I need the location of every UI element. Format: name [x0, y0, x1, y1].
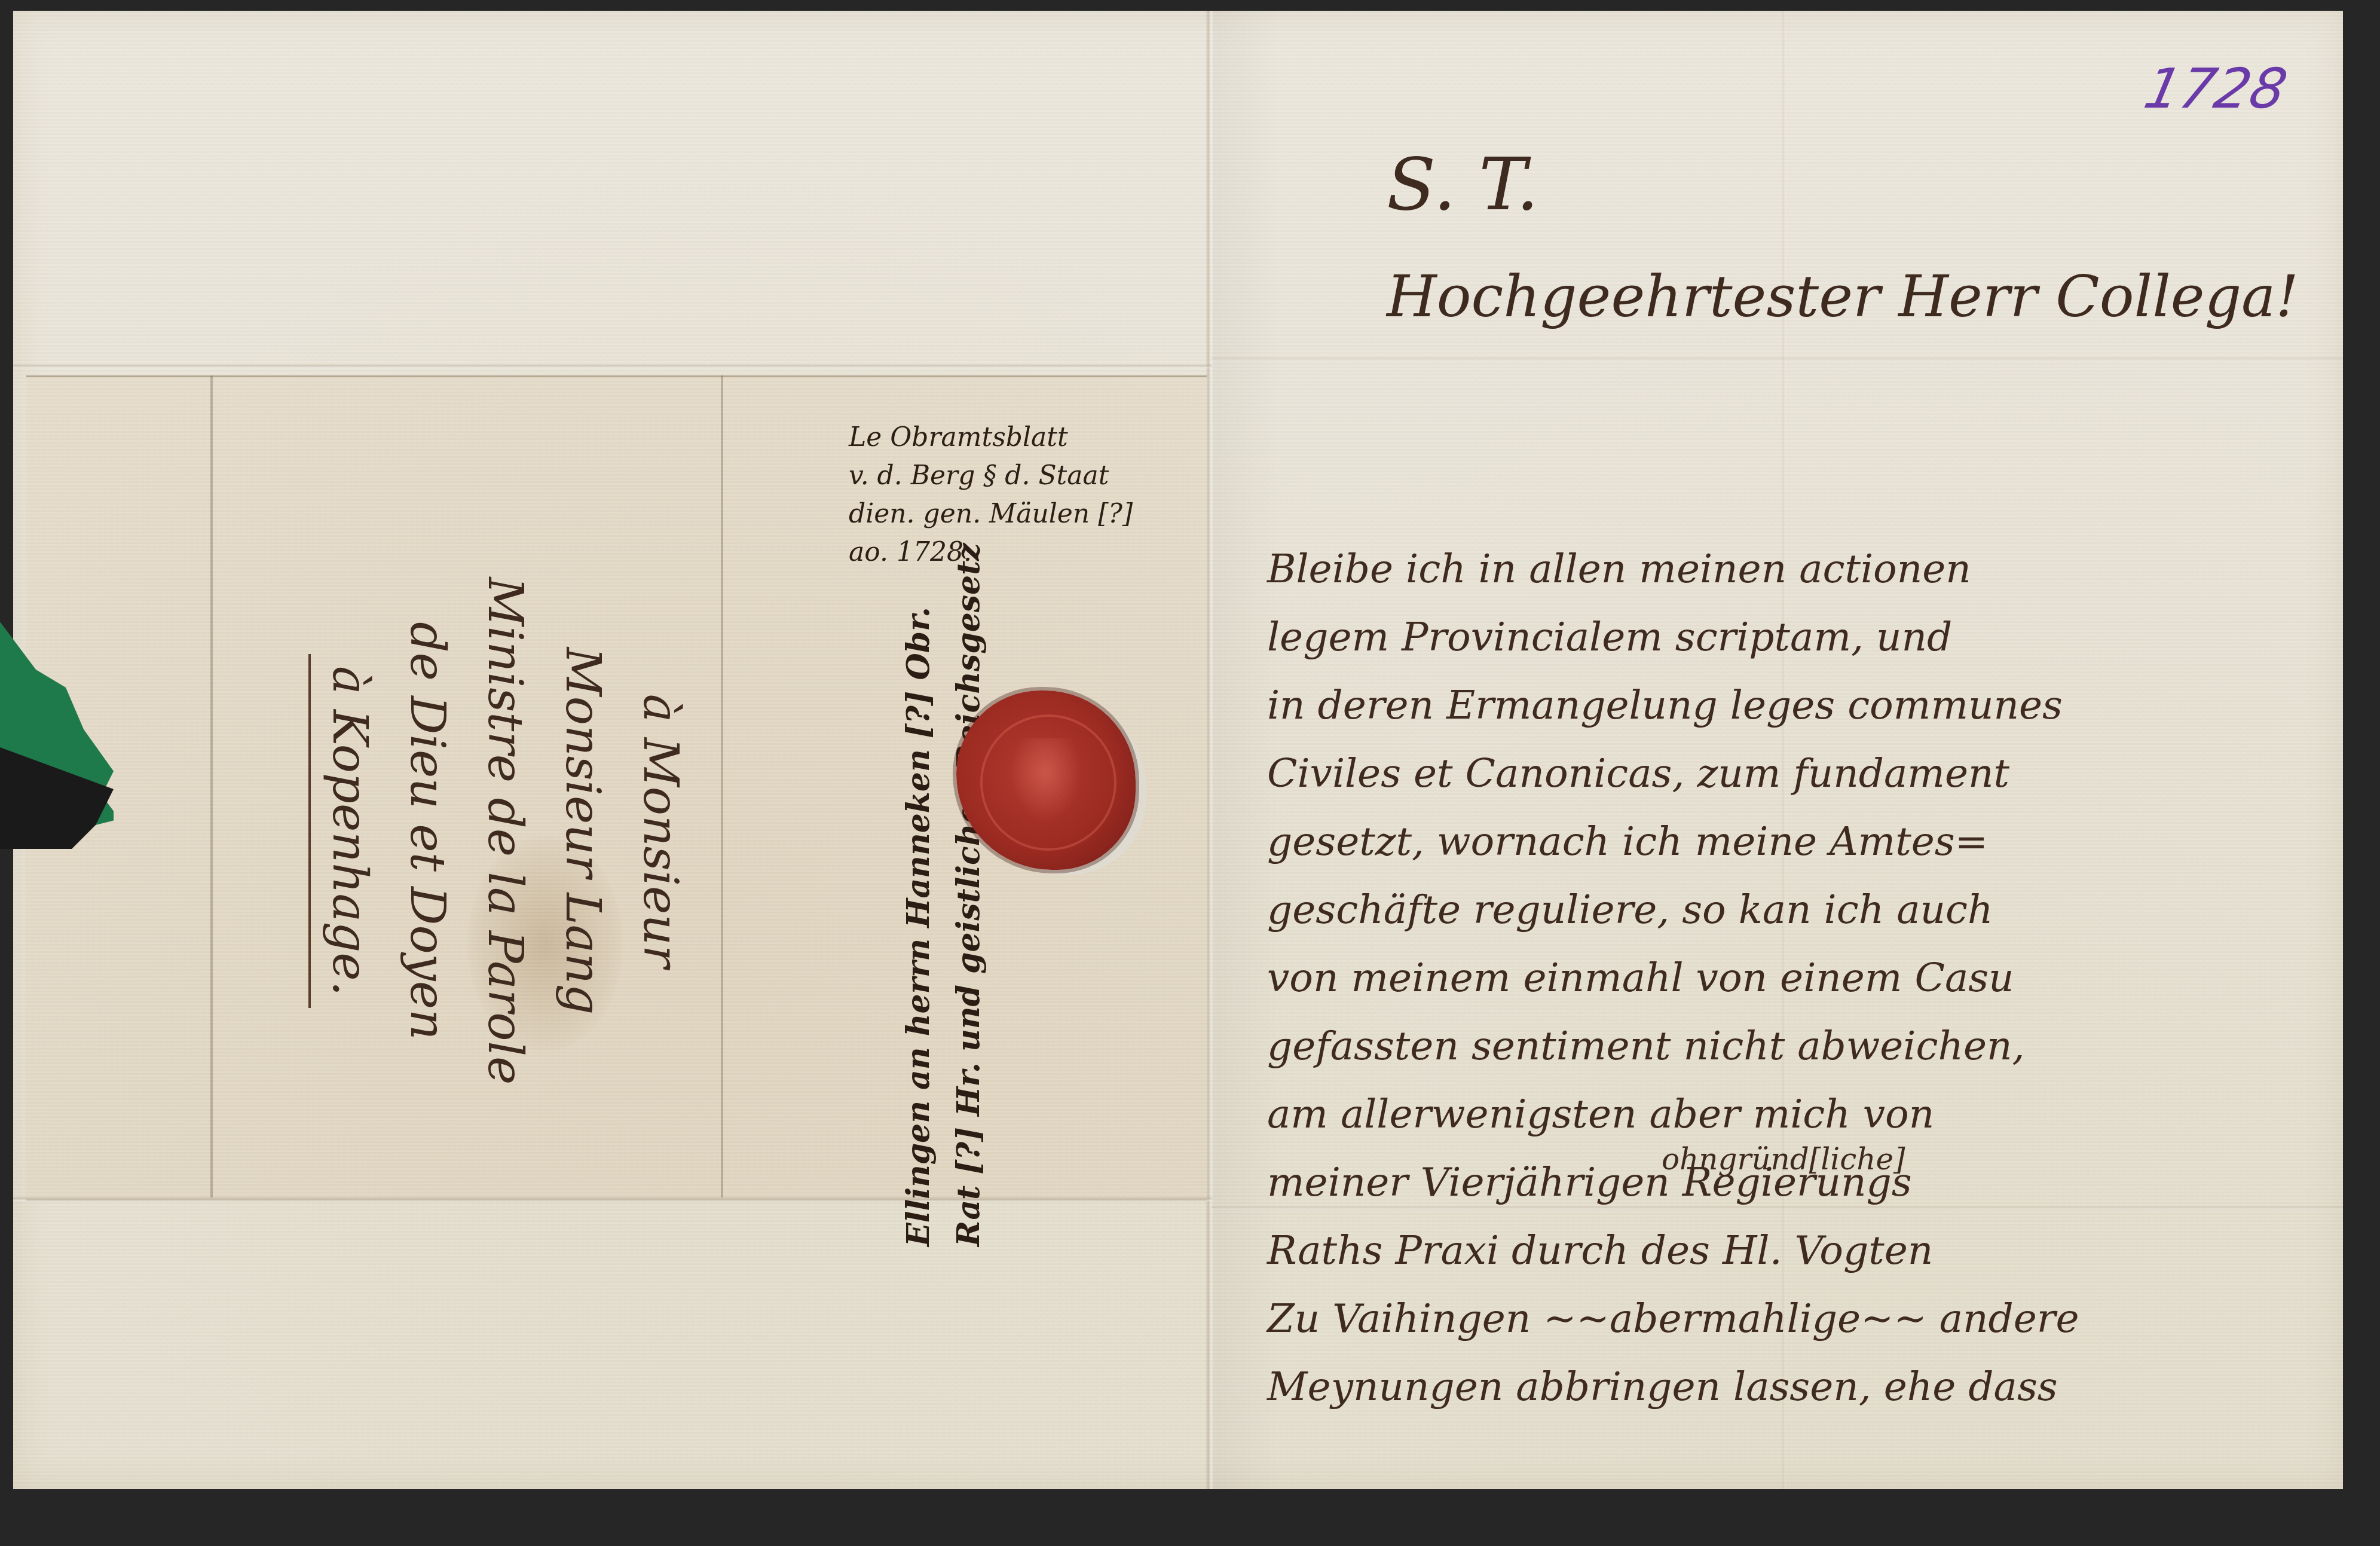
body-line: am allerwenigsten aber mich von — [1267, 1080, 2319, 1148]
address-line: à Monsieur — [622, 502, 699, 1160]
body-line: geschäfte reguliere, so kan ich auch — [1267, 876, 2319, 944]
docket-line: dien. gen. Mäulen [?] — [849, 495, 1219, 533]
greeting: Hochgeehrtester Herr Collega! — [1387, 263, 2299, 330]
body-line: legem Provincialem scriptam, und — [1267, 603, 2319, 671]
address-line: de Dieu et Doyen — [388, 502, 466, 1160]
body-line: Meynungen abbringen lassen, ehe dass — [1267, 1353, 2319, 1421]
seal-emblem-icon — [1010, 738, 1082, 822]
body-line: Raths Praxi durch des Hl. Vogten — [1267, 1217, 2319, 1285]
fold-line-bottom — [13, 1197, 1212, 1201]
address-block: à Monsieur Monsieur Lang Ministre de la … — [233, 502, 699, 1160]
salutation: S. T. — [1387, 143, 1539, 227]
fold-line-top — [13, 365, 1212, 368]
body-line: in deren Ermangelung leges communes — [1267, 671, 2319, 740]
body-line: gesetzt, wornach ich meine Amtes= — [1267, 808, 2319, 876]
interlinear-insertion: ohngründ[liche] — [1662, 1142, 1905, 1177]
docket-note: Le Obramtsblatt v. d. Berg § d. Staat di… — [849, 418, 1219, 572]
address-line-destination: à Kopenhage. — [308, 654, 388, 1008]
docket-line: Le Obramtsblatt — [849, 418, 1219, 457]
letter-body: Bleibe ich in allen meinen actionen lege… — [1267, 535, 2319, 1421]
catalog-number: 1728 — [2139, 57, 2293, 121]
body-line-with-correction: Zu Vaihingen ~~abermahlige~~ andere — [1267, 1285, 2319, 1353]
address-line: Monsieur Lang — [544, 502, 622, 1160]
body-line: Civiles et Canonicas, zum fundament — [1267, 740, 2319, 808]
green-tab-marker-icon — [0, 598, 114, 849]
fold-line-right-top — [1212, 358, 2343, 361]
docket-line-date: ao. 1728. — [849, 533, 1219, 572]
address-line: Ministre de la Parole — [466, 502, 544, 1160]
center-fold-crease — [1206, 11, 1214, 1489]
body-line: von meinem einmahl von einem Casu — [1267, 944, 2319, 1012]
docket-line: v. d. Berg § d. Staat — [849, 457, 1219, 495]
body-line: Bleibe ich in allen meinen actionen — [1267, 535, 2319, 603]
body-line: gefassten sentiment nicht abweichen, — [1267, 1012, 2319, 1080]
